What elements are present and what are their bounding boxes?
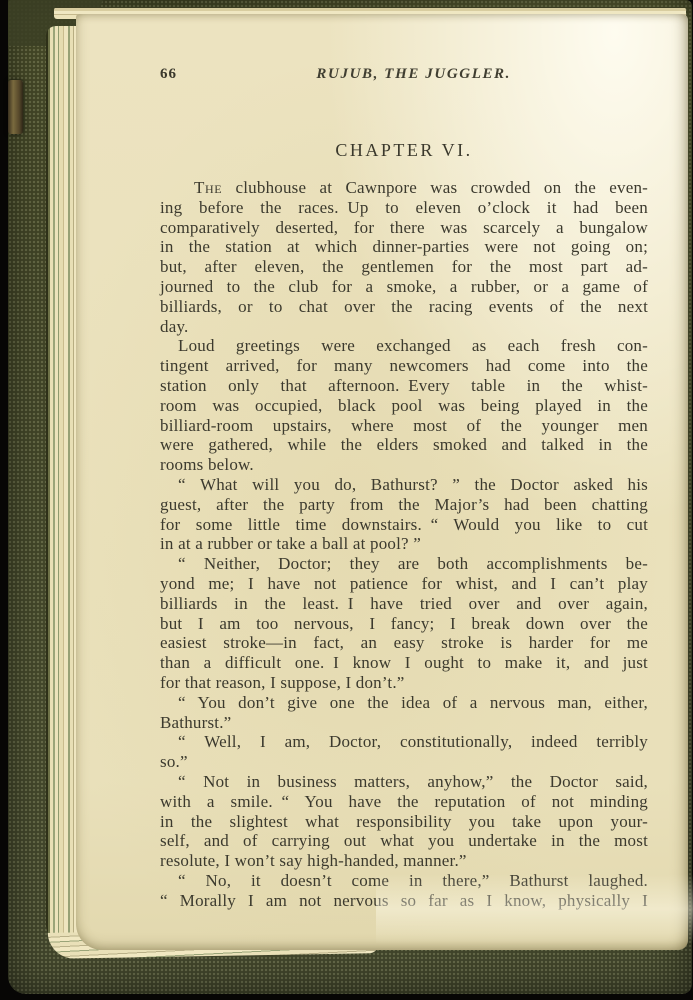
paragraph: “ Well, I am, Doctor, constitutionally, … — [160, 732, 648, 772]
page-edges-left — [46, 26, 78, 948]
text-line: than a difficult one. I know I ought to … — [160, 653, 648, 673]
text-line: for some little time downstairs. “ Would… — [160, 515, 648, 535]
text-line: rooms below. — [160, 455, 648, 475]
scanned-book-photo: 66 RUJUB, THE JUGGLER. CHAPTER VI. The c… — [0, 0, 693, 1000]
paragraph: “ What will you do, Bathurst? ” the Doct… — [160, 475, 648, 554]
chapter-heading: CHAPTER VI. — [160, 140, 648, 161]
text-line: station only that afternoon. Every table… — [160, 376, 648, 396]
text-line: yond me; I have not patience for whist, … — [160, 574, 648, 594]
paragraph: Loud greetings were exchanged as each fr… — [160, 336, 648, 475]
book-page: 66 RUJUB, THE JUGGLER. CHAPTER VI. The c… — [76, 14, 688, 950]
text-line: “ Morally I am not nervous so far as I k… — [160, 891, 648, 911]
text-line: room was occupied, black pool was being … — [160, 396, 648, 416]
text-line: tingent arrived, for many newcomers had … — [160, 356, 648, 376]
text-line: day. — [160, 317, 648, 337]
text-line: billiards, or to chat over the racing ev… — [160, 297, 648, 317]
text-line: in the slightest what responsibility you… — [160, 812, 648, 832]
text-line: but I am too nervous, I fancy; I break d… — [160, 614, 648, 634]
text-line: in the station at which dinner-parties w… — [160, 237, 648, 257]
text-line: “ Neither, Doctor; they are both accompl… — [160, 554, 648, 574]
text-line: billiard-room upstairs, where most of th… — [160, 416, 648, 436]
paragraph: “ Not in business matters, anyhow,” the … — [160, 772, 648, 871]
running-title: RUJUB, THE JUGGLER. — [316, 66, 511, 83]
page-text: The clubhouse at Cawnpore was crowded on… — [160, 178, 648, 910]
text-line: journed to the club for a smoke, a rubbe… — [160, 277, 648, 297]
paragraph: “ No, it doesn’t come in there,” Bathurs… — [160, 871, 648, 911]
text-line: ing before the races. Up to eleven o’clo… — [160, 198, 648, 218]
paragraph: The clubhouse at Cawnpore was crowded on… — [160, 178, 648, 336]
paragraph: “ Neither, Doctor; they are both accompl… — [160, 554, 648, 693]
text-line: Loud greetings were exchanged as each fr… — [160, 336, 648, 356]
text-line: but, after eleven, the gentlemen for the… — [160, 257, 648, 277]
text-line: self, and of carrying out what you under… — [160, 831, 648, 851]
text-line: in at a rubber or take a ball at pool? ” — [160, 534, 648, 554]
text-line: The clubhouse at Cawnpore was crowded on… — [160, 178, 648, 198]
text-line: Bathurst.” — [160, 713, 648, 733]
text-line: comparatively deserted, for there was sc… — [160, 218, 648, 238]
text-line: guest, after the party from the Major’s … — [160, 495, 648, 515]
text-line: for that reason, I suppose, I don’t.” — [160, 673, 648, 693]
text-line: “ You don’t give one the idea of a nervo… — [160, 693, 648, 713]
clasp-remnant — [8, 80, 23, 134]
page-number: 66 — [160, 66, 177, 83]
paragraph: “ You don’t give one the idea of a nervo… — [160, 693, 648, 733]
text-line: with a smile. “ You have the reputation … — [160, 792, 648, 812]
text-line: easiest stroke—in fact, an easy stroke i… — [160, 633, 648, 653]
text-line: “ Not in business matters, anyhow,” the … — [160, 772, 648, 792]
text-line: so.” — [160, 752, 648, 772]
text-line: “ What will you do, Bathurst? ” the Doct… — [160, 475, 648, 495]
text-line: resolute, I won’t say high-handed, manne… — [160, 851, 648, 871]
text-line: “ No, it doesn’t come in there,” Bathurs… — [160, 871, 648, 891]
text-line: “ Well, I am, Doctor, constitutionally, … — [160, 732, 648, 752]
text-line: were gathered, while the elders smoked a… — [160, 435, 648, 455]
small-caps-lead: The — [194, 178, 222, 197]
page-header: 66 RUJUB, THE JUGGLER. — [160, 66, 648, 86]
text-line: billiards in the least. I have tried ove… — [160, 594, 648, 614]
